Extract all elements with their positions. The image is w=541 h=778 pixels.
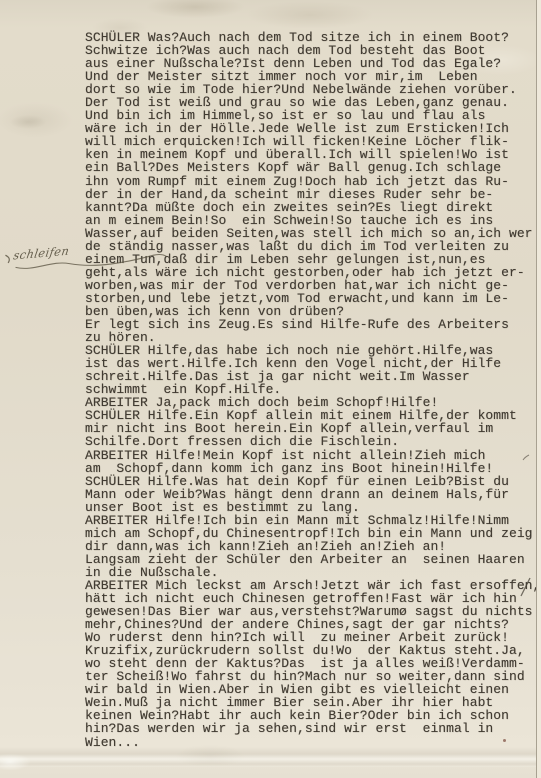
- text-line: der in der Hand,da scheint mir dieses Ru…: [85, 188, 541, 201]
- text-line: SCHÜLER Hilfe.Was hat dein Kopf für eine…: [85, 475, 541, 488]
- text-line: ein Ball?Des Meisters Kopf wär Ball genu…: [85, 161, 541, 174]
- paper-edge-shadow: [536, 0, 541, 778]
- text-line: in die Nußschale.: [85, 566, 541, 579]
- text-line: unser Boot ist es bestimmt zu lang.: [85, 501, 541, 514]
- pen-tick-mark: [522, 449, 530, 467]
- text-line: ARBEITER Hilfe!Ich bin ein Mann mit Schm…: [85, 514, 541, 527]
- ink-speck: [503, 739, 506, 742]
- pen-slash-mark: [520, 577, 532, 602]
- text-line: hin?Das werden wir ja sehen,sind wir ers…: [85, 722, 541, 735]
- text-line: am Schopf,dann komm ich ganz ins Boot hi…: [85, 462, 541, 475]
- paper-crease: [0, 747, 541, 767]
- text-line: Langsam zieht der Schüler den Arbeiter a…: [85, 553, 541, 566]
- text-line: an m einem Bein!So ein Schwein!So tauche…: [85, 214, 541, 227]
- typewritten-text: SCHÜLER Was?Auch nach dem Tod sitze ich …: [85, 31, 541, 749]
- text-line: worben,was mir der Tod verdorben hat,war…: [85, 279, 541, 292]
- text-line: Mann oder Weib?Was hängt denn drann an d…: [85, 488, 541, 501]
- text-line: mich am Schopf,du Chinesentropf!Ich bin …: [85, 527, 541, 540]
- text-line: ARBEITER Hilfe!Mein Kopf ist nicht allei…: [85, 449, 541, 462]
- text-line: dir dann,was ich kann!Zieh an!Zieh an!Zi…: [85, 540, 541, 553]
- text-line: ihn vom Rumpf mit einem Zug!Doch hab ich…: [85, 175, 541, 188]
- script-page: SCHÜLER Was?Auch nach dem Tod sitze ich …: [0, 0, 541, 778]
- text-line: kannt?Da müßte doch ein zweites sein?Es …: [85, 201, 541, 214]
- text-line: Schilfe.Dort fressen dich die Fischlein.: [85, 435, 541, 448]
